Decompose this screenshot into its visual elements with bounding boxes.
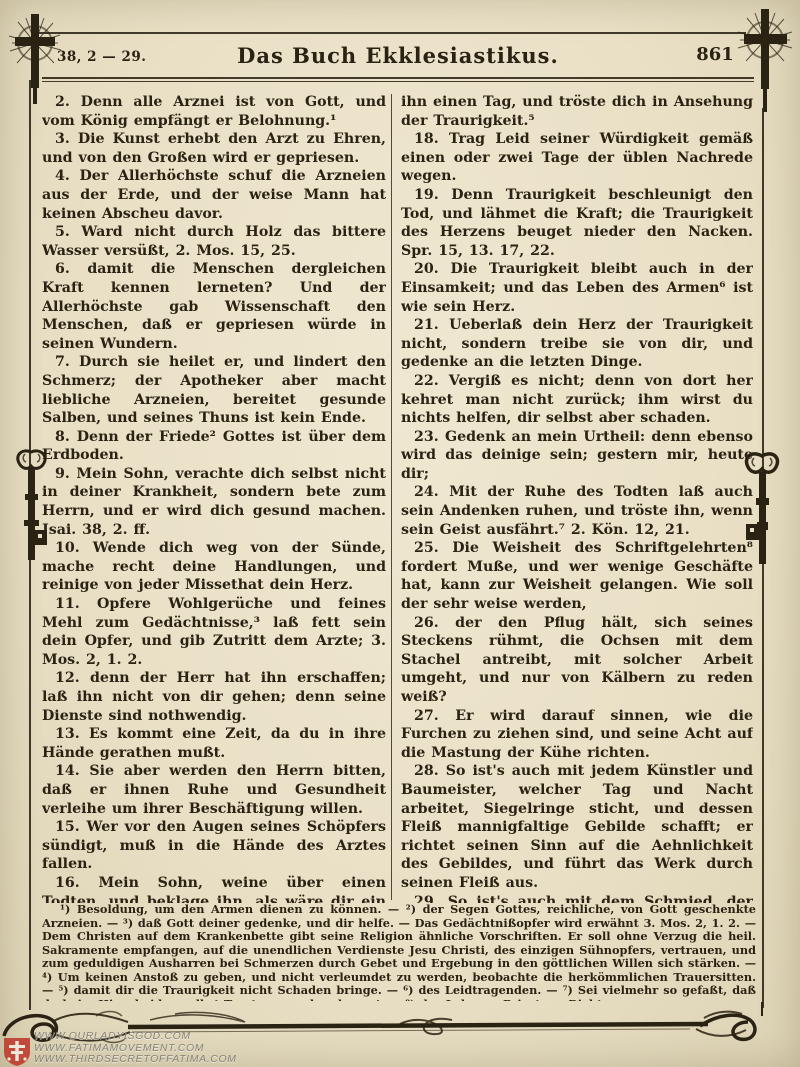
verse-paragraph: 6. damit die Menschen dergleichen Kraft … — [42, 260, 386, 353]
verse-paragraph: 15. Wer vor den Augen seines Schöpfers s… — [42, 818, 386, 874]
verse-paragraph: 12. denn der Herr hat ihn erschaffen; la… — [42, 669, 386, 725]
verse-paragraph: 13. Es kommt eine Zeit, da du in ihre Hä… — [42, 725, 386, 762]
column-divider-rule — [391, 94, 392, 900]
verse-paragraph: 29. So ist's auch mit dem Schmied, der a… — [401, 893, 753, 903]
verse-paragraph: 14. Sie aber werden den Herrn bitten, da… — [42, 762, 386, 818]
verse-paragraph: 20. Die Traurigkeit bleibt auch in der E… — [401, 260, 753, 316]
verse-paragraph: 11. Opfere Wohlgerüche und feines Mehl z… — [42, 595, 386, 669]
watermark-text: WWW.OURLADYISGOD.COMWWW.FATIMAMOVEMENT.C… — [34, 1031, 237, 1066]
verse-paragraph: 3. Die Kunst erhebt den Arzt zu Ehren, u… — [42, 130, 386, 167]
verse-paragraph: 5. Ward nicht durch Holz das bittere Was… — [42, 223, 386, 260]
right-verse-list: 18. Trag Leid seiner Würdigkeit gemäß ei… — [401, 130, 753, 903]
header-divider-rule-thin — [42, 81, 754, 82]
verse-paragraph: 27. Er wird darauf sinnen, wie die Furch… — [401, 707, 753, 763]
footnotes-block: ¹) Besoldung, um den Armen dienen zu kön… — [42, 903, 756, 1001]
top-border-rule — [38, 32, 746, 34]
watermark-line: WWW.OURLADYISGOD.COM — [34, 1031, 237, 1043]
verse-paragraph: 24. Mit der Ruhe des Todten laß auch sei… — [401, 483, 753, 539]
red-heraldic-shield-icon — [2, 1037, 32, 1067]
verse-paragraph: 4. Der Allerhöchste schuf die Arzneien a… — [42, 167, 386, 223]
verse-paragraph: 9. Mein Sohn, verachte dich selbst nicht… — [42, 465, 386, 539]
verse-paragraph: 10. Wende dich weg von der Sünde, mache … — [42, 539, 386, 595]
verse-paragraph: 18. Trag Leid seiner Würdigkeit gemäß ei… — [401, 130, 753, 186]
page-title: Das Buch Ekklesiastikus. — [42, 43, 754, 68]
page-number: 861 — [690, 44, 740, 65]
verse-paragraph: 7. Durch sie heilet er, und lindert den … — [42, 353, 386, 427]
verse-paragraph: 26. der den Pflug hält, sich seines Stec… — [401, 614, 753, 707]
header-divider-rule — [42, 77, 754, 79]
scanned-book-page: 38, 2 — 29. Das Buch Ekklesiastikus. 861 — [0, 0, 800, 1067]
watermark-line: WWW.FATIMAMOVEMENT.COM — [34, 1043, 237, 1055]
verse-paragraph: 28. So ist's auch mit jedem Künstler und… — [401, 762, 753, 892]
left-text-column: 2. Denn alle Arznei ist von Gott, und vo… — [42, 93, 386, 903]
verse-paragraph: 22. Vergiß es nicht; denn von dort her k… — [401, 372, 753, 428]
verse-paragraph: 8. Denn der Friede² Gottes ist über dem … — [42, 428, 386, 465]
watermark-line: WWW.THIRDSECRETOFFATIMA.COM — [34, 1054, 237, 1066]
verse-paragraph: 16. Mein Sohn, weine über einen Todten, … — [42, 874, 386, 903]
right-text-column: ihn einen Tag, und tröste dich in Ansehu… — [401, 93, 753, 903]
verse-paragraph: 2. Denn alle Arznei ist von Gott, und vo… — [42, 93, 386, 130]
verse-continuation-paragraph: ihn einen Tag, und tröste dich in Ansehu… — [401, 93, 753, 130]
verse-paragraph: 25. Die Weisheit des Schriftgelehrten⁸ f… — [401, 539, 753, 613]
verse-paragraph: 21. Ueberlaß dein Herz der Traurigkeit n… — [401, 316, 753, 372]
verse-paragraph: 23. Gedenk an mein Urtheil: denn ebenso … — [401, 428, 753, 484]
verse-paragraph: 19. Denn Traurigkeit beschleunigt den To… — [401, 186, 753, 260]
